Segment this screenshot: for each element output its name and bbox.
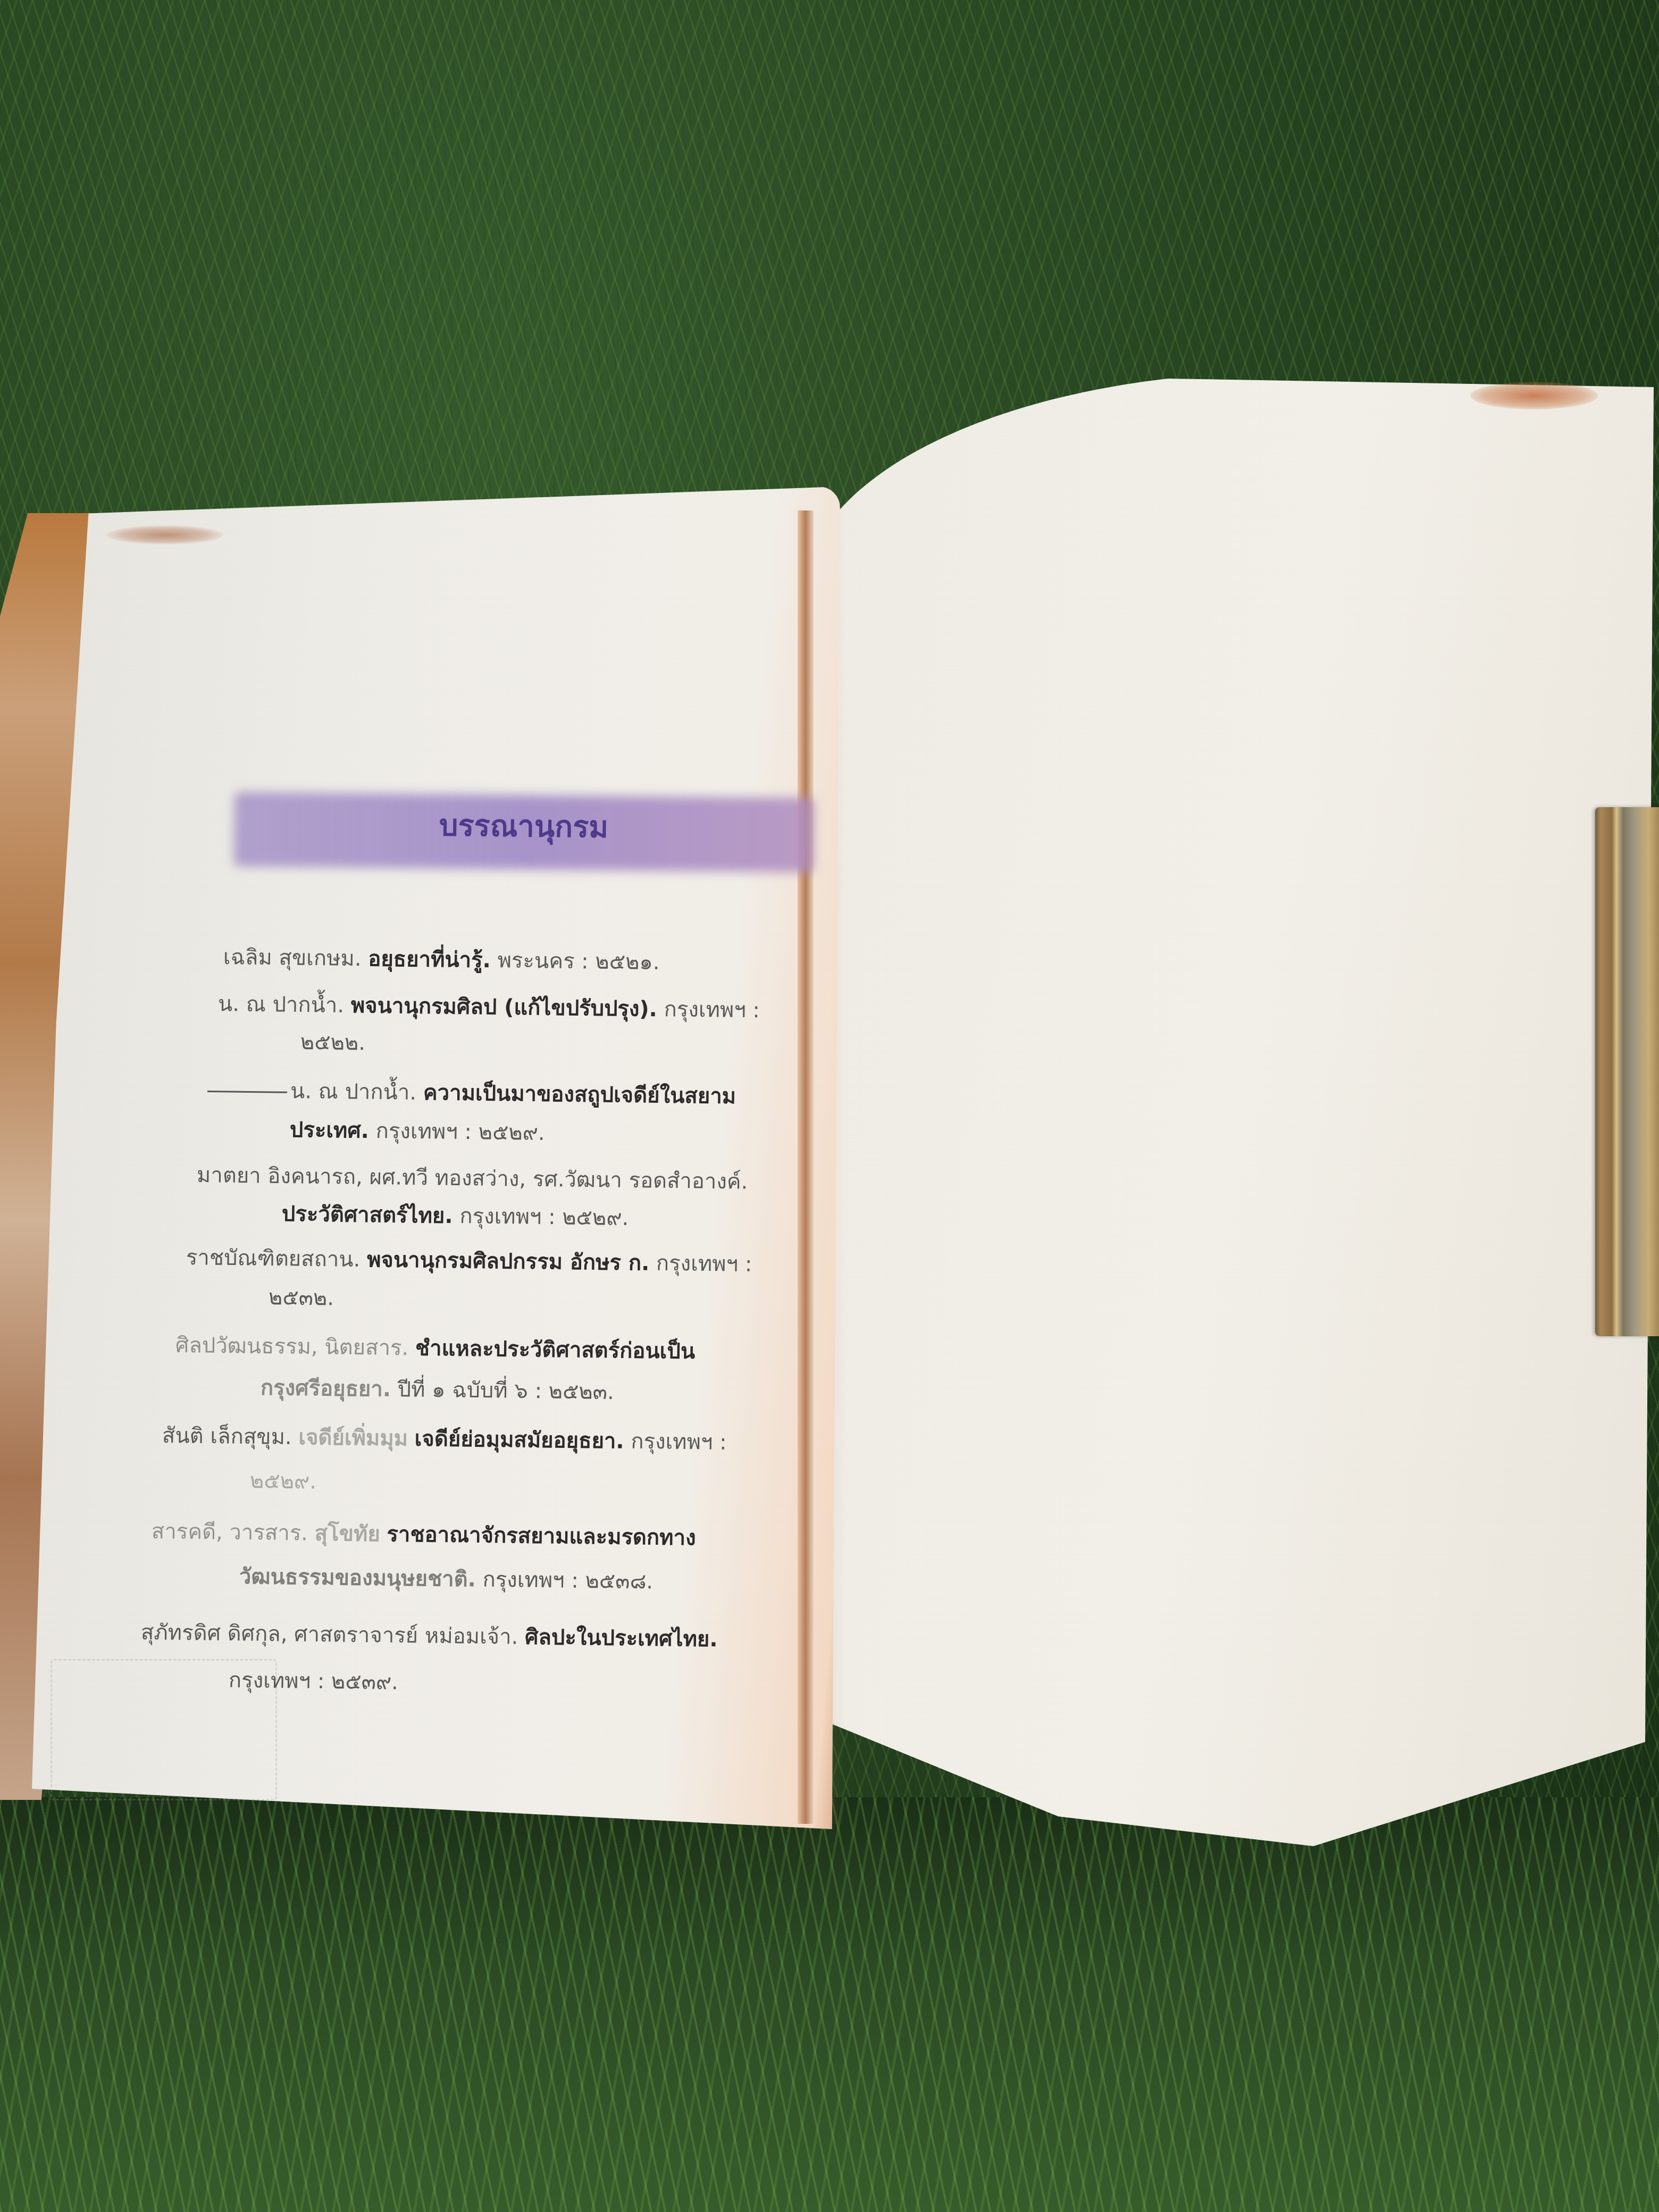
left-page-stain <box>106 525 223 544</box>
book-gutter <box>798 510 814 1824</box>
right-page <box>803 372 1654 1861</box>
right-page-stain <box>1470 382 1598 409</box>
grass-foreground <box>0 1797 1659 2212</box>
page-title: บรรณานุกรม <box>234 797 814 856</box>
page-impression <box>51 1659 277 1800</box>
metal-clip <box>1595 807 1659 1336</box>
left-page <box>32 487 840 1829</box>
